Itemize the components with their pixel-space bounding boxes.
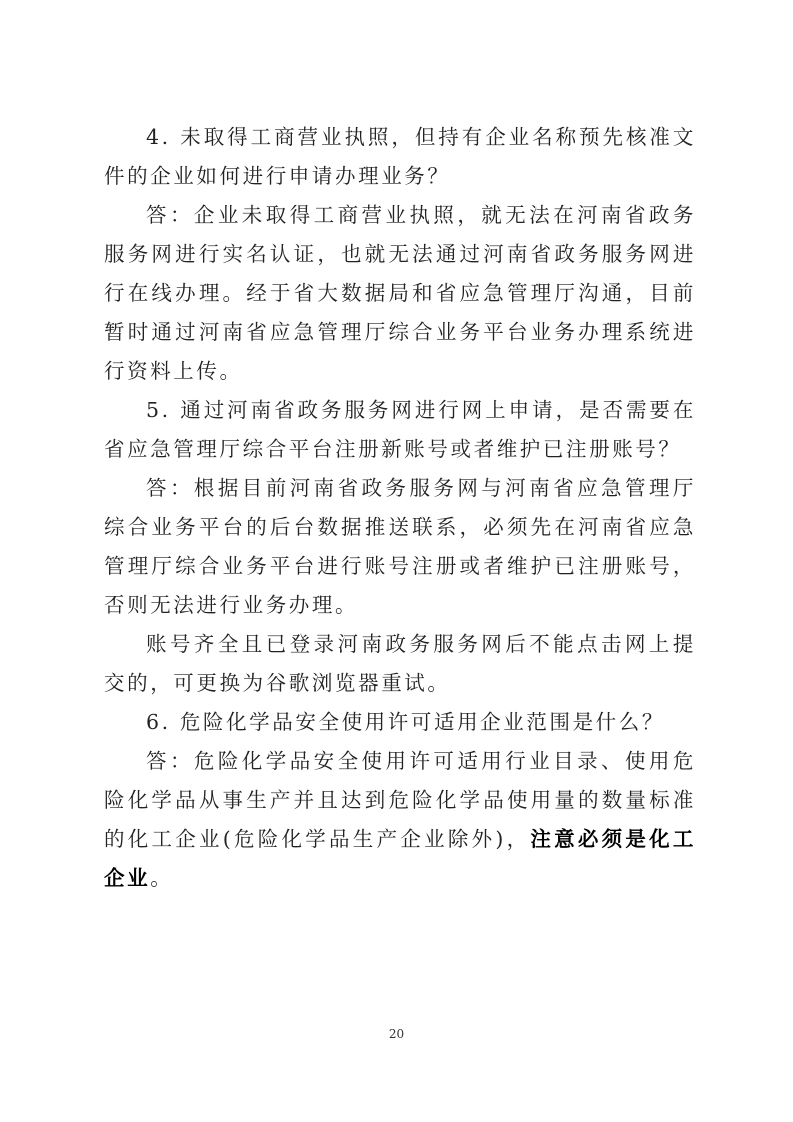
question-6: 6. 危险化学品安全使用许可适用企业范围是什么？ — [104, 703, 696, 742]
document-body: 4. 未取得工商营业执照，但持有企业名称预先核准文件的企业如何进行申请办理业务？… — [104, 118, 696, 898]
answer-4: 答：企业未取得工商营业执照，就无法在河南省政务服务网进行实名认证，也就无法通过河… — [104, 196, 696, 391]
note-browser: 账号齐全且已登录河南政务服务网后不能点击网上提交的，可更换为谷歌浏览器重试。 — [104, 625, 696, 703]
page-number: 20 — [0, 1027, 793, 1041]
answer-6-tail: 。 — [150, 866, 173, 890]
question-4: 4. 未取得工商营业执照，但持有企业名称预先核准文件的企业如何进行申请办理业务？ — [104, 118, 696, 196]
answer-6: 答：危险化学品安全使用许可适用行业目录、使用危险化学品从事生产并且达到危险化学品… — [104, 742, 696, 898]
question-5: 5. 通过河南省政务服务网进行网上申请，是否需要在省应急管理厅综合平台注册新账号… — [104, 391, 696, 469]
answer-5: 答：根据目前河南省政务服务网与河南省应急管理厅综合业务平台的后台数据推送联系，必… — [104, 469, 696, 625]
